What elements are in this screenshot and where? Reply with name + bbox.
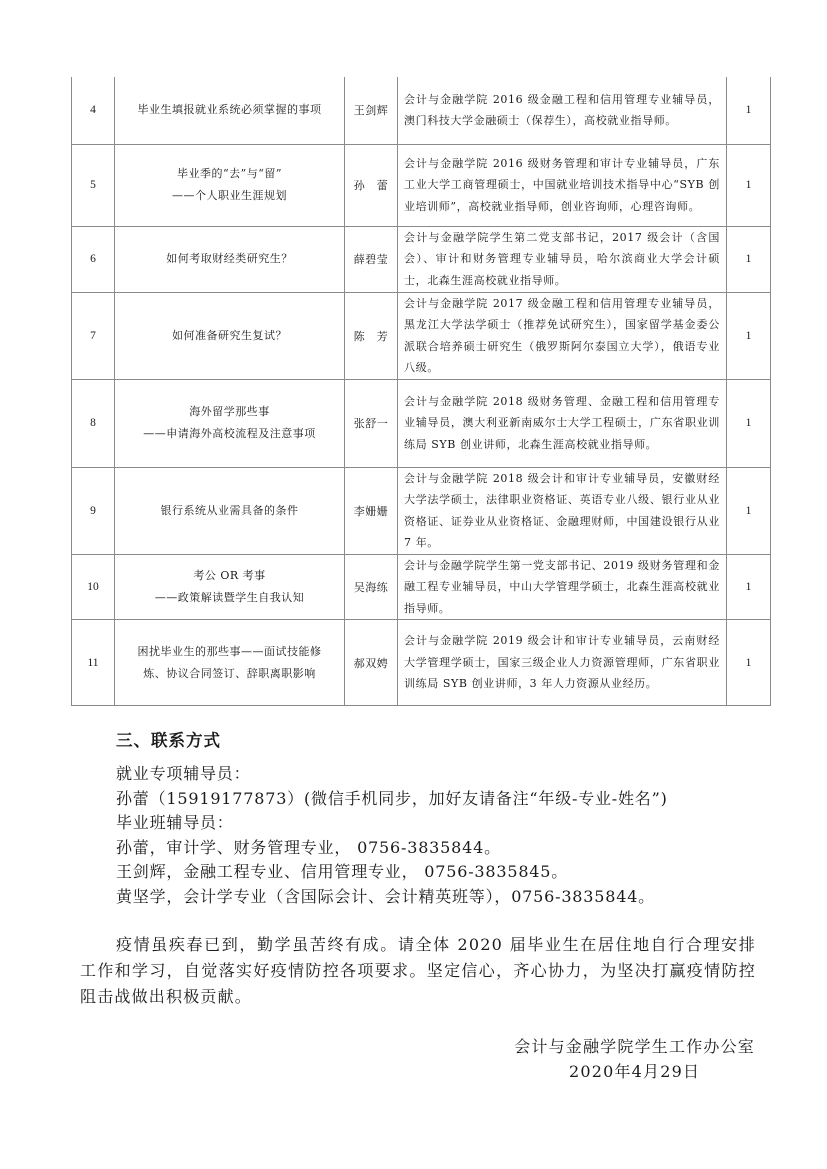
table-row: 8海外留学那些事——申请海外高校流程及注意事项张舒一会计与金融学院 2018 级… <box>72 379 771 467</box>
speaker-name: 张舒一 <box>345 379 398 467</box>
speaker-bio: 会计与金融学院学生第一党支部书记、2019 级财务管理和金融工程专业辅导员，中山… <box>398 554 727 620</box>
table-row: 4毕业生填报就业系统必须掌握的事项王剑辉会计与金融学院 2016 级金融工程和信… <box>72 77 771 144</box>
lecture-topic-line: ——申请海外高校流程及注意事项 <box>115 423 344 445</box>
row-number: 8 <box>72 379 115 467</box>
closing-text: 疫情虽疾春已到，勤学虽苦终有成。请全体 2020 届毕业生在居住地自行合理安排工… <box>80 932 756 1010</box>
lecture-topic-line: 考公 OR 考事 <box>115 565 344 587</box>
lecture-topic: 如何准备研究生复试？ <box>115 292 345 379</box>
contact-employment-counselor: 孙蕾（15919177873）(微信手机同步，加好友请备注“年级-专业-姓名”) <box>116 787 668 812</box>
session-count: 1 <box>727 620 771 706</box>
speaker-name: 李姗姗 <box>345 467 398 554</box>
session-count: 1 <box>727 467 771 554</box>
contact-label-graduating-class-counselors: 毕业班辅导员： <box>116 811 668 836</box>
lecture-topic: 考公 OR 考事——政策解读暨学生自我认知 <box>115 554 345 620</box>
table-row: 9银行系统从业需具备的条件李姗姗会计与金融学院 2018 级会计和审计专业辅导员… <box>72 467 771 554</box>
lecture-topic-line: 毕业季的“去”与“留” <box>115 163 344 185</box>
signature-office: 会计与金融学院学生工作办公室 <box>514 1034 755 1059</box>
contact-label-employment-counselor: 就业专项辅导员： <box>116 762 668 787</box>
table-row: 11困扰毕业生的那些事——面试技能修炼、协议合同签订、辞职离职影响郝双娉会计与金… <box>72 620 771 706</box>
lecture-topic-line: ——个人职业生涯规划 <box>115 185 344 207</box>
lecture-topic: 毕业季的“去”与“留”——个人职业生涯规划 <box>115 144 345 226</box>
speaker-bio: 会计与金融学院学生第二党支部书记，2017 级会计（含国会）、审计和财务管理专业… <box>398 226 727 292</box>
contact-counselor-sun-lei: 孙蕾，审计学、财务管理专业， 0756-3835844。 <box>116 836 668 861</box>
lecture-topic-line: 困扰毕业生的那些事——面试技能修 <box>115 641 344 663</box>
table-row: 7如何准备研究生复试？陈 芳会计与金融学院 2017 级金融工程和信用管理专业辅… <box>72 292 771 379</box>
speaker-bio: 会计与金融学院 2017 级金融工程和信用管理专业辅导员，黑龙江大学法学硕士（推… <box>398 292 727 379</box>
speaker-name: 薛碧莹 <box>345 226 398 292</box>
lecture-topic-line: 如何准备研究生复试？ <box>115 325 344 347</box>
lecture-topic: 银行系统从业需具备的条件 <box>115 467 345 554</box>
contact-counselor-huang-jianxue: 黄坚学，会计学专业（含国际会计、会计精英班等），0756-3835844。 <box>116 885 668 910</box>
table-row: 5毕业季的“去”与“留”——个人职业生涯规划孙 蕾会计与金融学院 2016 级财… <box>72 144 771 226</box>
session-count: 1 <box>727 292 771 379</box>
table-row: 10考公 OR 考事——政策解读暨学生自我认知吴海练会计与金融学院学生第一党支部… <box>72 554 771 620</box>
document-page: 4毕业生填报就业系统必须掌握的事项王剑辉会计与金融学院 2016 级金融工程和信… <box>0 0 827 1169</box>
lecture-topic-line: 银行系统从业需具备的条件 <box>115 500 344 522</box>
lecture-topic-line: 炼、协议合同签订、辞职离职影响 <box>115 663 344 685</box>
speaker-name: 郝双娉 <box>345 620 398 706</box>
contact-info: 就业专项辅导员： 孙蕾（15919177873）(微信手机同步，加好友请备注“年… <box>116 762 668 909</box>
row-number: 4 <box>72 77 115 144</box>
session-count: 1 <box>727 226 771 292</box>
lecture-schedule-table: 4毕业生填报就业系统必须掌握的事项王剑辉会计与金融学院 2016 级金融工程和信… <box>71 77 771 706</box>
lecture-topic: 如何考取财经类研究生？ <box>115 226 345 292</box>
speaker-bio: 会计与金融学院 2019 级会计和审计专业辅导员，云南财经大学管理学硕士，国家三… <box>398 620 727 706</box>
speaker-name: 孙 蕾 <box>345 144 398 226</box>
session-count: 1 <box>727 77 771 144</box>
closing-paragraph: 疫情虽疾春已到，勤学虽苦终有成。请全体 2020 届毕业生在居住地自行合理安排工… <box>80 932 756 1010</box>
row-number: 10 <box>72 554 115 620</box>
speaker-bio: 会计与金融学院 2016 级金融工程和信用管理专业辅导员，澳门科技大学金融硕士（… <box>398 77 727 144</box>
speaker-name: 吴海练 <box>345 554 398 620</box>
section-title-contact: 三、联系方式 <box>116 727 221 751</box>
signature-block: 会计与金融学院学生工作办公室 2020年4月29日 <box>514 1034 755 1084</box>
speaker-bio: 会计与金融学院 2018 级财务管理、金融工程和信用管理专业辅导员，澳大利亚新南… <box>398 379 727 467</box>
speaker-name: 王剑辉 <box>345 77 398 144</box>
lecture-topic-line: 如何考取财经类研究生？ <box>115 248 344 270</box>
lecture-topic-line: ——政策解读暨学生自我认知 <box>115 587 344 609</box>
lecture-topic-line: 海外留学那些事 <box>115 401 344 423</box>
lecture-topic: 毕业生填报就业系统必须掌握的事项 <box>115 77 345 144</box>
lecture-topic: 海外留学那些事——申请海外高校流程及注意事项 <box>115 379 345 467</box>
signature-date: 2020年4月29日 <box>514 1059 755 1084</box>
session-count: 1 <box>727 379 771 467</box>
table-row: 6如何考取财经类研究生？薛碧莹会计与金融学院学生第二党支部书记，2017 级会计… <box>72 226 771 292</box>
session-count: 1 <box>727 144 771 226</box>
session-count: 1 <box>727 554 771 620</box>
lecture-topic: 困扰毕业生的那些事——面试技能修炼、协议合同签订、辞职离职影响 <box>115 620 345 706</box>
speaker-name: 陈 芳 <box>345 292 398 379</box>
row-number: 9 <box>72 467 115 554</box>
speaker-bio: 会计与金融学院 2016 级财务管理和审计专业辅导员，广东工业大学工商管理硕士，… <box>398 144 727 226</box>
contact-counselor-wang-jianhui: 王剑辉，金融工程专业、信用管理专业， 0756-3835845。 <box>116 860 668 885</box>
lecture-topic-line: 毕业生填报就业系统必须掌握的事项 <box>115 99 344 121</box>
row-number: 11 <box>72 620 115 706</box>
row-number: 7 <box>72 292 115 379</box>
row-number: 5 <box>72 144 115 226</box>
row-number: 6 <box>72 226 115 292</box>
speaker-bio: 会计与金融学院 2018 级会计和审计专业辅导员，安徽财经大学法学硕士，法律职业… <box>398 467 727 554</box>
